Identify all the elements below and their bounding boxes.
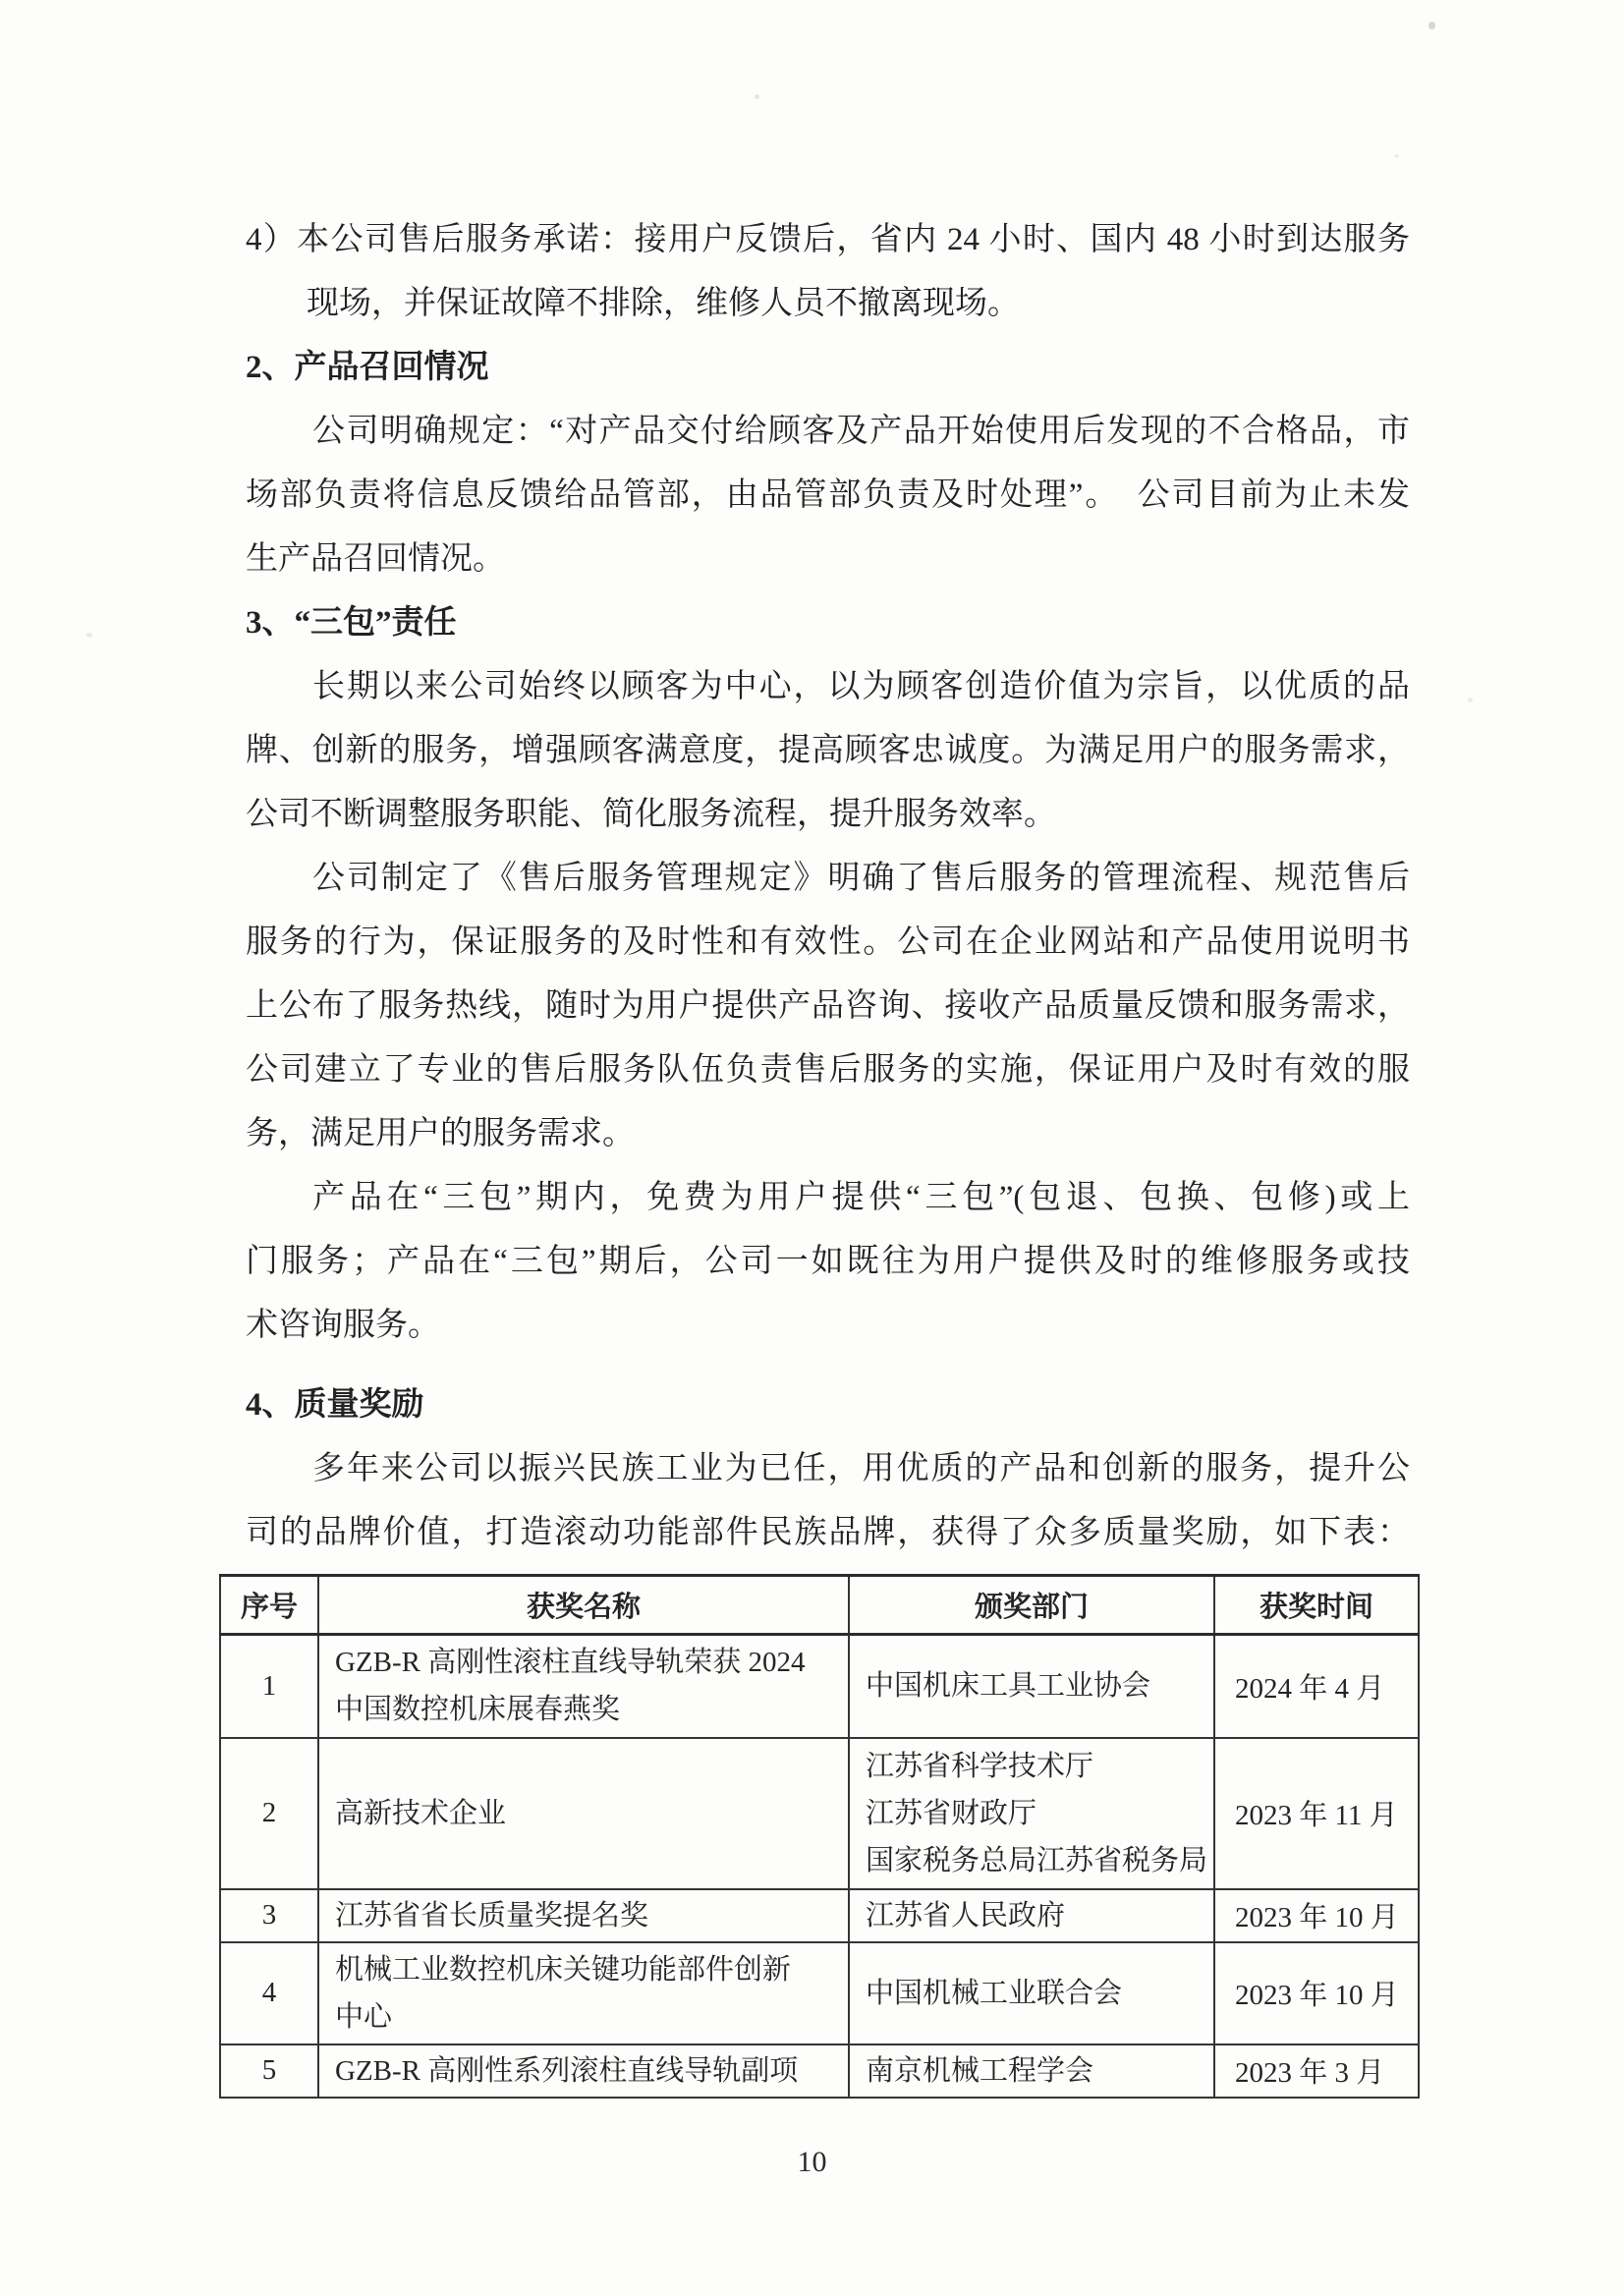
scan-speck [755,94,759,99]
list-item-4-line2: 现场，并保证故障不排除，维修人员不撤离现场。 [246,272,1410,336]
page-number: 10 [0,2146,1624,2179]
paragraph-line: 司的品牌价值，打造滚动功能部件民族品牌，获得了众多质量奖励，如下表： [246,1501,1410,1565]
section-heading-2: 2、产品召回情况 [246,336,1410,400]
table-header-dept: 颁奖部门 [849,1576,1214,1635]
paragraph-line: 场部负责将信息反馈给品管部，由品管部负责及时处理”。 公司目前为止未发 [246,464,1410,528]
document-body: 4）本公司售后服务承诺：接用户反馈后，省内 24 小时、国内 48 小时到达服务… [246,208,1410,1565]
table-header-date: 获奖时间 [1214,1576,1419,1635]
table-header-seq: 序号 [220,1576,318,1635]
cell-date: 2023 年 11 月 [1214,1738,1419,1889]
cell-seq: 4 [220,1942,318,2044]
list-item-4-line1: 4）本公司售后服务承诺：接用户反馈后，省内 24 小时、国内 48 小时到达服务 [246,208,1410,272]
cell-date: 2024 年 4 月 [1214,1635,1419,1738]
paragraph-line: 公司不断调整服务职能、简化服务流程，提升服务效率。 [246,783,1410,847]
cell-date: 2023 年 10 月 [1214,1889,1419,1942]
paragraph-line: 服务的行为，保证服务的及时性和有效性。公司在企业网站和产品使用说明书 [246,911,1410,975]
cell-dept: 中国机械工业联合会 [849,1942,1214,2044]
table-row: 4 机械工业数控机床关键功能部件创新 中心 中国机械工业联合会 2023 年 1… [220,1942,1419,2044]
cell-award: GZB-R 高刚性系列滚柱直线导轨副项 [318,2044,849,2098]
cell-award: 高新技术企业 [318,1738,849,1889]
table-row: 5 GZB-R 高刚性系列滚柱直线导轨副项 南京机械工程学会 2023 年 3 … [220,2044,1419,2098]
paragraph-line: 门服务；产品在“三包”期后，公司一如既往为用户提供及时的维修服务或技 [246,1230,1410,1294]
cell-dept: 南京机械工程学会 [849,2044,1214,2098]
table-row: 2 高新技术企业 江苏省科学技术厅 江苏省财政厅 国家税务总局江苏省税务局 20… [220,1738,1419,1889]
document-page: 4）本公司售后服务承诺：接用户反馈后，省内 24 小时、国内 48 小时到达服务… [0,0,1624,2296]
paragraph-line: 生产品召回情况。 [246,528,1410,591]
cell-award: 机械工业数控机床关键功能部件创新 中心 [318,1942,849,2044]
scan-speck [86,633,92,638]
section-heading-3: 3、“三包”责任 [246,591,1410,655]
cell-dept: 江苏省科学技术厅 江苏省财政厅 国家税务总局江苏省税务局 [849,1738,1214,1889]
scan-speck [1468,698,1473,702]
paragraph-line: 公司建立了专业的售后服务队伍负责售后服务的实施，保证用户及时有效的服 [246,1038,1410,1102]
cell-award: GZB-R 高刚性滚柱直线导轨荣获 2024 中国数控机床展春燕奖 [318,1635,849,1738]
table-row: 3 江苏省省长质量奖提名奖 江苏省人民政府 2023 年 10 月 [220,1889,1419,1942]
cell-seq: 5 [220,2044,318,2098]
paragraph-line: 牌、创新的服务，增强顾客满意度，提高顾客忠诚度。为满足用户的服务需求， [246,719,1410,783]
scan-speck [1394,154,1399,158]
cell-date: 2023 年 10 月 [1214,1942,1419,2044]
paragraph-line: 长期以来公司始终以顾客为中心，以为顾客创造价值为宗旨，以优质的品 [246,655,1410,719]
cell-date: 2023 年 3 月 [1214,2044,1419,2098]
cell-award: 江苏省省长质量奖提名奖 [318,1889,849,1942]
table-row: 1 GZB-R 高刚性滚柱直线导轨荣获 2024 中国数控机床展春燕奖 中国机床… [220,1635,1419,1738]
cell-dept: 中国机床工具工业协会 [849,1635,1214,1738]
paragraph-line: 产品在“三包”期内，免费为用户提供“三包”(包退、包换、包修)或上 [246,1166,1410,1230]
paragraph-line: 公司制定了《售后服务管理规定》明确了售后服务的管理流程、规范售后 [246,847,1410,911]
cell-dept: 江苏省人民政府 [849,1889,1214,1942]
table-header-row: 序号 获奖名称 颁奖部门 获奖时间 [220,1576,1419,1635]
section-heading-4: 4、质量奖励 [246,1373,1410,1437]
cell-seq: 1 [220,1635,318,1738]
scan-speck [1428,22,1435,29]
paragraph-line: 上公布了服务热线，随时为用户提供产品咨询、接收产品质量反馈和服务需求， [246,975,1410,1038]
paragraph-line: 多年来公司以振兴民族工业为已任，用优质的产品和创新的服务，提升公 [246,1437,1410,1501]
table-header-award: 获奖名称 [318,1576,849,1635]
quality-awards-table: 序号 获奖名称 颁奖部门 获奖时间 1 GZB-R 高刚性滚柱直线导轨荣获 20… [219,1574,1420,2099]
cell-seq: 3 [220,1889,318,1942]
paragraph-line: 公司明确规定：“对产品交付给顾客及产品开始使用后发现的不合格品，市 [246,400,1410,464]
paragraph-line: 术咨询服务。 [246,1294,1410,1358]
cell-seq: 2 [220,1738,318,1889]
paragraph-line: 务，满足用户的服务需求。 [246,1102,1410,1166]
